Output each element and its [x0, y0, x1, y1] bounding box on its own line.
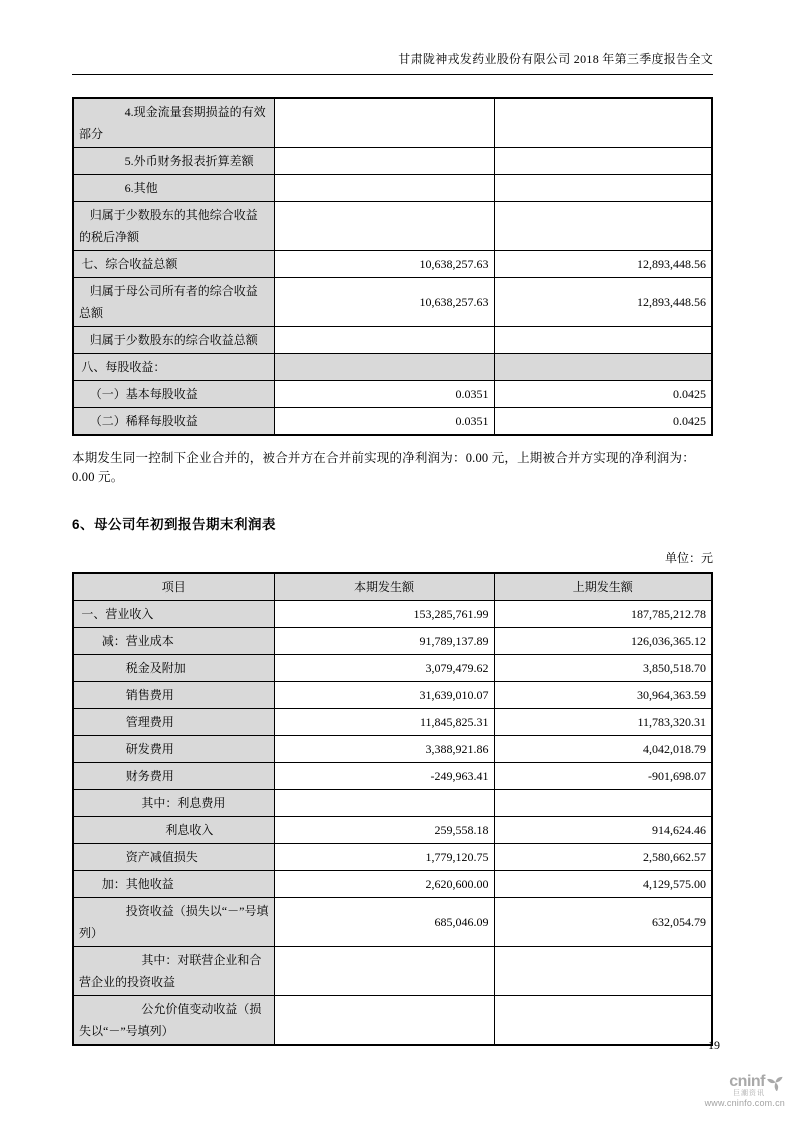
cninfo-swirl-icon [766, 1074, 785, 1091]
prior-period-value: -901,698.07 [494, 763, 712, 790]
prior-period-value [494, 148, 712, 175]
prior-period-value [494, 996, 712, 1046]
report-page: 甘肃陇神戎发药业股份有限公司 2018 年第三季度报告全文 4.现金流量套期损益… [0, 0, 793, 1122]
page-number: 19 [708, 1038, 720, 1053]
table-header-row: 项目 本期发生额 上期发生额 [73, 573, 712, 601]
row-label: 6.其他 [73, 175, 274, 202]
table-row: 其中：对联营企业和合营企业的投资收益 [73, 947, 712, 996]
prior-period-value [494, 947, 712, 996]
current-period-value: 259,558.18 [274, 817, 494, 844]
current-period-value [274, 148, 494, 175]
table-row: 公允价值变动收益（损失以“－”号填列） [73, 996, 712, 1046]
table-row: 6.其他 [73, 175, 712, 202]
prior-period-value: 632,054.79 [494, 898, 712, 947]
current-period-value: 1,779,120.75 [274, 844, 494, 871]
current-period-value [274, 327, 494, 354]
row-label: 归属于少数股东的其他综合收益的税后净额 [73, 202, 274, 251]
row-label: 减：营业成本 [73, 628, 274, 655]
cninfo-watermark: cninf 巨潮资讯 www.cninfo.com.cn [675, 1074, 785, 1109]
current-period-value [274, 947, 494, 996]
row-label: 公允价值变动收益（损失以“－”号填列） [73, 996, 274, 1046]
column-header-prior: 上期发生额 [494, 573, 712, 601]
cninfo-subtitle: 巨潮资讯 [675, 1090, 785, 1097]
table-row: 减：营业成本 91,789,137.89 126,036,365.12 [73, 628, 712, 655]
column-header-item: 项目 [73, 573, 274, 601]
cninfo-url: www.cninfo.com.cn [675, 1099, 785, 1108]
row-label: 归属于少数股东的综合收益总额 [73, 327, 274, 354]
section-heading: 6、母公司年初到报告期末利润表 [72, 513, 713, 533]
row-label: 利息收入 [73, 817, 274, 844]
prior-period-value: 4,042,018.79 [494, 736, 712, 763]
row-label: 投资收益（损失以“－”号填列） [73, 898, 274, 947]
table-row: 七、综合收益总额 10,638,257.63 12,893,448.56 [73, 251, 712, 278]
table-row: 研发费用 3,388,921.86 4,042,018.79 [73, 736, 712, 763]
current-period-value: 153,285,761.99 [274, 601, 494, 628]
prior-period-value: 3,850,518.70 [494, 655, 712, 682]
row-label: 管理费用 [73, 709, 274, 736]
prior-period-value: 0.0425 [494, 408, 712, 436]
prior-period-value: 187,785,212.78 [494, 601, 712, 628]
prior-period-value: 12,893,448.56 [494, 251, 712, 278]
comprehensive-income-table: 4.现金流量套期损益的有效部分 5.外币财务报表折算差额 6.其他 归属于少数股… [72, 97, 713, 436]
prior-period-value [494, 175, 712, 202]
current-period-value: 31,639,010.07 [274, 682, 494, 709]
current-period-value: 3,388,921.86 [274, 736, 494, 763]
current-period-value [274, 354, 494, 381]
current-period-value: 685,046.09 [274, 898, 494, 947]
prior-period-value: 11,783,320.31 [494, 709, 712, 736]
table-row: 税金及附加 3,079,479.62 3,850,518.70 [73, 655, 712, 682]
table-row: 一、营业收入 153,285,761.99 187,785,212.78 [73, 601, 712, 628]
current-period-value: -249,963.41 [274, 763, 494, 790]
page-header-title: 甘肃陇神戎发药业股份有限公司 2018 年第三季度报告全文 [72, 50, 713, 75]
current-period-value: 3,079,479.62 [274, 655, 494, 682]
row-label: 5.外币财务报表折算差额 [73, 148, 274, 175]
table-row: 其中：利息费用 [73, 790, 712, 817]
prior-period-value [494, 327, 712, 354]
unit-label: 单位：元 [72, 549, 713, 566]
current-period-value: 0.0351 [274, 408, 494, 436]
table-row: 八、每股收益： [73, 354, 712, 381]
row-label: 研发费用 [73, 736, 274, 763]
cninfo-brand-row: cninf [675, 1074, 785, 1091]
row-label: 八、每股收益： [73, 354, 274, 381]
row-label: 归属于母公司所有者的综合收益总额 [73, 278, 274, 327]
prior-period-value [494, 98, 712, 148]
current-period-value: 91,789,137.89 [274, 628, 494, 655]
parent-company-income-table: 项目 本期发生额 上期发生额 一、营业收入 153,285,761.99 187… [72, 572, 713, 1046]
row-label: 七、综合收益总额 [73, 251, 274, 278]
row-label: 一、营业收入 [73, 601, 274, 628]
row-label: 税金及附加 [73, 655, 274, 682]
prior-period-value [494, 202, 712, 251]
table-row: 管理费用 11,845,825.31 11,783,320.31 [73, 709, 712, 736]
column-header-current: 本期发生额 [274, 573, 494, 601]
table-row: （一）基本每股收益 0.0351 0.0425 [73, 381, 712, 408]
prior-period-value: 30,964,363.59 [494, 682, 712, 709]
current-period-value: 0.0351 [274, 381, 494, 408]
table-row: 财务费用 -249,963.41 -901,698.07 [73, 763, 712, 790]
table-row: 资产减值损失 1,779,120.75 2,580,662.57 [73, 844, 712, 871]
row-label: （二）稀释每股收益 [73, 408, 274, 436]
table-row: 归属于母公司所有者的综合收益总额 10,638,257.63 12,893,44… [73, 278, 712, 327]
table-row: 加：其他收益 2,620,600.00 4,129,575.00 [73, 871, 712, 898]
table-row: 4.现金流量套期损益的有效部分 [73, 98, 712, 148]
current-period-value: 2,620,600.00 [274, 871, 494, 898]
current-period-value [274, 202, 494, 251]
prior-period-value: 2,580,662.57 [494, 844, 712, 871]
prior-period-value [494, 790, 712, 817]
prior-period-value [494, 354, 712, 381]
prior-period-value: 4,129,575.00 [494, 871, 712, 898]
row-label: 财务费用 [73, 763, 274, 790]
table-row: 归属于少数股东的其他综合收益的税后净额 [73, 202, 712, 251]
table-row: （二）稀释每股收益 0.0351 0.0425 [73, 408, 712, 436]
current-period-value [274, 790, 494, 817]
current-period-value [274, 175, 494, 202]
prior-period-value: 126,036,365.12 [494, 628, 712, 655]
row-label: 4.现金流量套期损益的有效部分 [73, 98, 274, 148]
row-label: 资产减值损失 [73, 844, 274, 871]
page-content: 4.现金流量套期损益的有效部分 5.外币财务报表折算差额 6.其他 归属于少数股… [72, 97, 713, 1046]
table-row: 利息收入 259,558.18 914,624.46 [73, 817, 712, 844]
cninfo-brand-text: cninf [729, 1074, 765, 1091]
table-row: 5.外币财务报表折算差额 [73, 148, 712, 175]
current-period-value [274, 996, 494, 1046]
table-row: 投资收益（损失以“－”号填列） 685,046.09 632,054.79 [73, 898, 712, 947]
current-period-value: 11,845,825.31 [274, 709, 494, 736]
prior-period-value: 12,893,448.56 [494, 278, 712, 327]
current-period-value [274, 98, 494, 148]
row-label: 销售费用 [73, 682, 274, 709]
prior-period-value: 0.0425 [494, 381, 712, 408]
prior-period-value: 914,624.46 [494, 817, 712, 844]
row-label: 其中：利息费用 [73, 790, 274, 817]
merger-note-paragraph: 本期发生同一控制下企业合并的，被合并方在合并前实现的净利润为：0.00 元，上期… [72, 449, 713, 487]
table-row: 归属于少数股东的综合收益总额 [73, 327, 712, 354]
row-label: 加：其他收益 [73, 871, 274, 898]
row-label: 其中：对联营企业和合营企业的投资收益 [73, 947, 274, 996]
row-label: （一）基本每股收益 [73, 381, 274, 408]
current-period-value: 10,638,257.63 [274, 278, 494, 327]
current-period-value: 10,638,257.63 [274, 251, 494, 278]
table-row: 销售费用 31,639,010.07 30,964,363.59 [73, 682, 712, 709]
